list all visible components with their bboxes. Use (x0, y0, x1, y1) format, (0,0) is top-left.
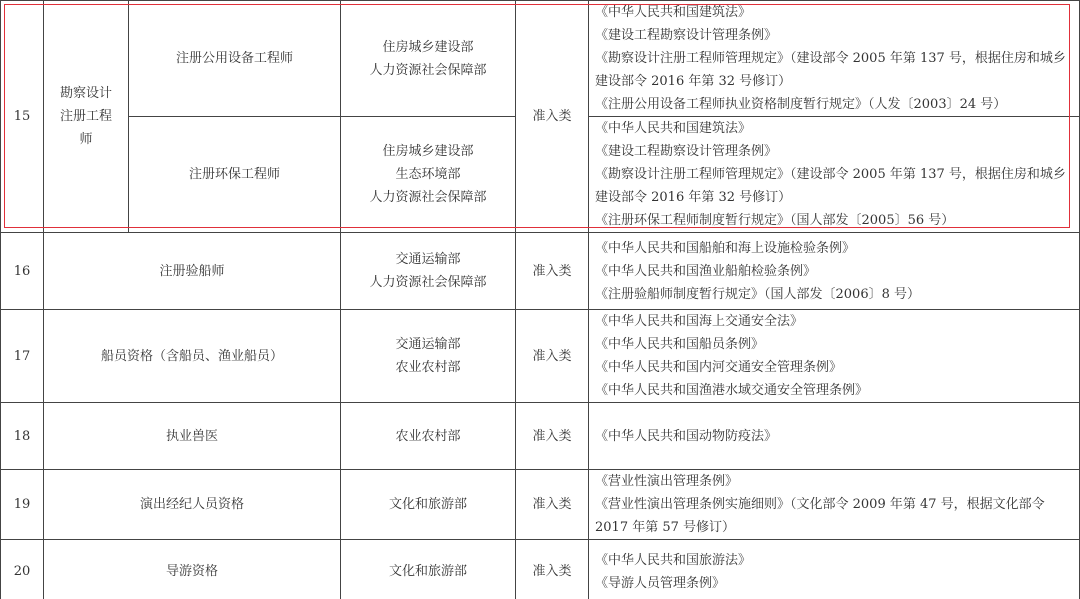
qualification-name: 演出经纪人员资格 (44, 470, 341, 540)
qualification-name: 执业兽医 (44, 403, 341, 470)
row-number: 18 (1, 403, 44, 470)
row-number: 19 (1, 470, 44, 540)
table-row-15a: 15 勘察设计 注册工程 师 注册公用设备工程师 住房城乡建设部 人力资源社会保… (1, 1, 1080, 117)
qualification-name: 注册公用设备工程师 (129, 1, 341, 117)
table-row-16: 16 注册验船师 交通运输部 人力资源社会保障部 准入类 《中华人民共和国船舶和… (1, 233, 1080, 310)
type-cell: 准入类 (516, 310, 589, 403)
row-number: 15 (1, 1, 44, 233)
qualification-name: 导游资格 (44, 540, 341, 599)
type-cell: 准入类 (516, 403, 589, 470)
row-number: 17 (1, 310, 44, 403)
department-cell: 住房城乡建设部 生态环境部 人力资源社会保障部 (341, 117, 516, 233)
department-cell: 农业农村部 (341, 403, 516, 470)
qualification-name: 船员资格（含船员、渔业船员） (44, 310, 341, 403)
table-row-17: 17 船员资格（含船员、渔业船员） 交通运输部 农业农村部 准入类 《中华人民共… (1, 310, 1080, 403)
type-cell: 准入类 (516, 470, 589, 540)
department-cell: 文化和旅游部 (341, 540, 516, 599)
legal-basis-cell: 《营业性演出管理条例》 《营业性演出管理条例实施细则》（文化部令 2009 年第… (589, 470, 1080, 540)
legal-basis-cell: 《中华人民共和国动物防疫法》 (589, 403, 1080, 470)
department-cell: 交通运输部 农业农村部 (341, 310, 516, 403)
department-cell: 交通运输部 人力资源社会保障部 (341, 233, 516, 310)
type-cell: 准入类 (516, 233, 589, 310)
department-cell: 文化和旅游部 (341, 470, 516, 540)
qualification-name: 注册验船师 (44, 233, 341, 310)
row-number: 20 (1, 540, 44, 599)
legal-basis-cell: 《中华人民共和国船舶和海上设施检验条例》 《中华人民共和国渔业船舶检验条例》 《… (589, 233, 1080, 310)
type-cell: 准入类 (516, 1, 589, 233)
legal-basis-cell: 《中华人民共和国建筑法》 《建设工程勘察设计管理条例》 《勘察设计注册工程师管理… (589, 1, 1080, 117)
table-row-20: 20 导游资格 文化和旅游部 准入类 《中华人民共和国旅游法》 《导游人员管理条… (1, 540, 1080, 599)
department-cell: 住房城乡建设部 人力资源社会保障部 (341, 1, 516, 117)
legal-basis-cell: 《中华人民共和国建筑法》 《建设工程勘察设计管理条例》 《勘察设计注册工程师管理… (589, 117, 1080, 233)
legal-basis-cell: 《中华人民共和国旅游法》 《导游人员管理条例》 (589, 540, 1080, 599)
legal-basis-cell: 《中华人民共和国海上交通安全法》 《中华人民共和国船员条例》 《中华人民共和国内… (589, 310, 1080, 403)
type-cell: 准入类 (516, 540, 589, 599)
table-row-19: 19 演出经纪人员资格 文化和旅游部 准入类 《营业性演出管理条例》 《营业性演… (1, 470, 1080, 540)
row-number: 16 (1, 233, 44, 310)
table-row-18: 18 执业兽医 农业农村部 准入类 《中华人民共和国动物防疫法》 (1, 403, 1080, 470)
category-cell: 勘察设计 注册工程 师 (44, 1, 129, 233)
qualification-table: 15 勘察设计 注册工程 师 注册公用设备工程师 住房城乡建设部 人力资源社会保… (0, 0, 1080, 599)
qualification-name: 注册环保工程师 (129, 117, 341, 233)
